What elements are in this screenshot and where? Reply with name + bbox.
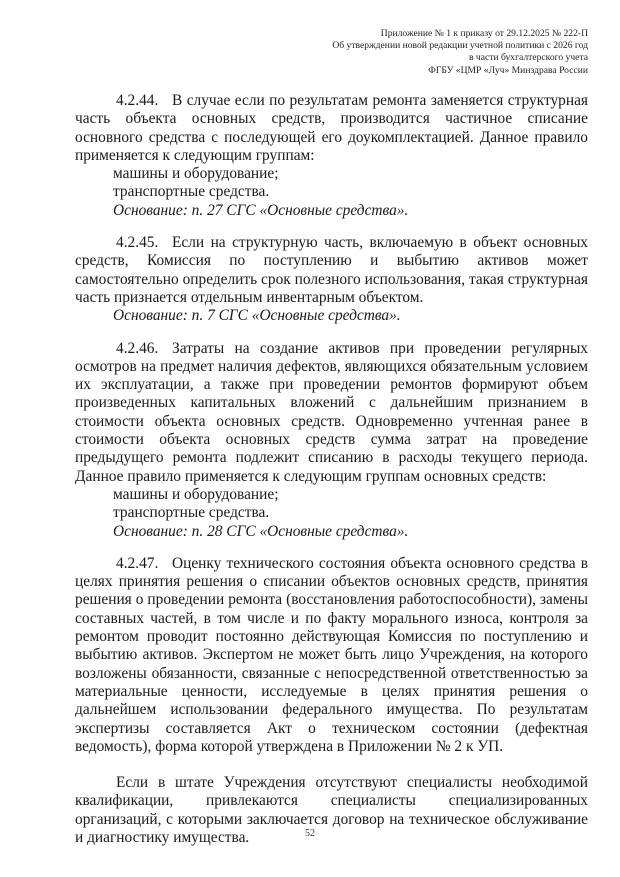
section-number: 4.2.47. — [116, 555, 172, 573]
section-4-2-47: 4.2.47.Оценку технического состояния объ… — [75, 555, 588, 756]
page-number: 52 — [0, 828, 620, 839]
header-line: ФГБУ «ЦМР «Луч» Минздрава России — [332, 65, 588, 77]
basis-note: Основание: п. 7 СГС «Основные средства». — [75, 307, 588, 325]
list-item: машины и оборудование; — [75, 486, 588, 504]
section-number: 4.2.45. — [116, 234, 172, 252]
basis-note: Основание: п. 27 СГС «Основные средства»… — [75, 202, 588, 220]
section-text: Затраты на создание активов при проведен… — [75, 340, 588, 485]
header-line: в части бухгалтерского учета — [332, 52, 588, 64]
list-item: транспортные средства. — [75, 504, 588, 522]
section-4-2-46: 4.2.46.Затраты на создание активов при п… — [75, 340, 588, 541]
section-4-2-45: 4.2.45.Если на структурную часть, включа… — [75, 234, 588, 325]
list-item: транспортные средства. — [75, 183, 588, 201]
section-number: 4.2.46. — [116, 340, 172, 358]
document-body: 4.2.44.В случае если по результатам ремо… — [75, 92, 588, 847]
document-header: Приложение № 1 к приказу от 29.12.2025 №… — [332, 28, 588, 77]
section-4-2-44: 4.2.44.В случае если по результатам ремо… — [75, 92, 588, 220]
section-text: Оценку технического состояния объекта ос… — [75, 555, 588, 755]
section-number: 4.2.44. — [116, 92, 172, 110]
list-item: машины и оборудование; — [75, 165, 588, 183]
header-line: Об утверждении новой редакции учетной по… — [332, 40, 588, 52]
basis-note: Основание: п. 28 СГС «Основные средства»… — [75, 523, 588, 541]
header-line: Приложение № 1 к приказу от 29.12.2025 №… — [332, 28, 588, 40]
